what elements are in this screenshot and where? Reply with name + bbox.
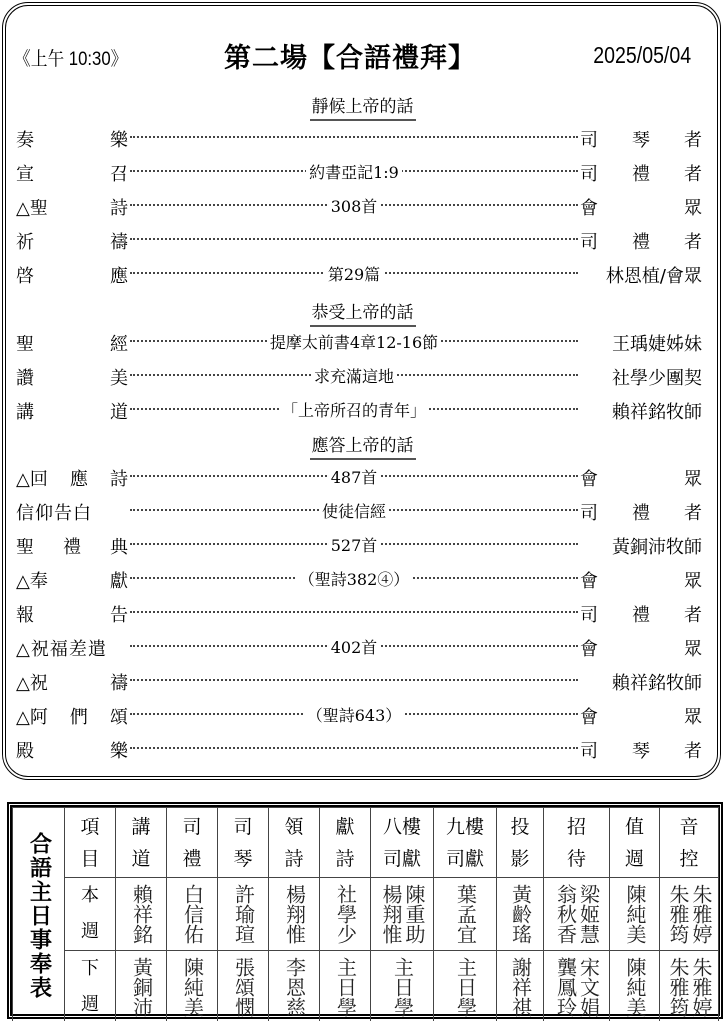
content-text: 使徒信經 (319, 502, 389, 521)
leader-part: 者 (684, 499, 702, 525)
header-line: 獻 (320, 811, 370, 843)
item-label: 報告 (16, 601, 128, 627)
header-line: 音 (660, 811, 718, 843)
program-item: △阿們頌（聖詩643）會眾 (0, 703, 725, 733)
program-item: 讚美求充滿這地社學少團契 (0, 364, 725, 394)
dotted-leader (130, 611, 578, 613)
roster-cell: 梁姬慧翁秋香 (544, 878, 610, 951)
person-name: 陳純美 (624, 884, 645, 944)
person-name: 朱雅婷 (690, 957, 711, 1017)
label-part: 禱 (110, 228, 128, 254)
label-part: △回 (16, 465, 48, 491)
leader-part: 眾 (684, 194, 702, 220)
item-label: 啓應 (16, 262, 128, 288)
person-name: 朱雅筠 (667, 884, 688, 944)
roster-column-header: 招待 (544, 808, 610, 878)
leader-part: 司 (580, 601, 598, 627)
leader-part: 眾 (684, 635, 702, 661)
leader-part: 者 (684, 737, 702, 763)
label-part: △阿 (16, 703, 48, 729)
leader-part: 賴祥銘牧師 (612, 398, 702, 424)
header-line: 九樓 (434, 811, 496, 843)
name-group: 白信佑 (167, 884, 217, 944)
content-text: 「上帝所召的青年」 (279, 401, 429, 420)
week-label-char: 本 (65, 878, 115, 914)
item-content: 402首 (130, 635, 578, 658)
header-line: 項 (65, 811, 115, 843)
item-label: 聖經 (16, 330, 128, 356)
name-group: 張頌憫 (218, 957, 268, 1017)
roster-cell: 社學少 (320, 878, 371, 951)
roster-column-header: 投影 (497, 808, 544, 878)
person-name: 龔鳳玲 (555, 957, 576, 1017)
person-name: 楊翔惟 (380, 884, 401, 944)
roster-cell: 黃齡瑤 (497, 878, 544, 951)
dotted-leader (130, 136, 578, 138)
item-leader: 會眾 (580, 194, 702, 220)
duty-roster: 合語主日事奉表項目講道司禮司琴領詩獻詩八樓司獻九樓司獻投影招待值週音控本週賴祥銘… (7, 802, 723, 1019)
leader-part: 司 (580, 499, 598, 525)
name-group: 主日學 (320, 957, 370, 1017)
program-item: 祈禱司禮者 (0, 228, 725, 258)
item-content: （聖詩382④） (130, 567, 578, 590)
header-line: 目 (65, 843, 115, 875)
leader-part: 者 (684, 228, 702, 254)
header-line: 影 (497, 843, 543, 875)
program-item: 啓應第29篇林恩植/會眾 (0, 262, 725, 292)
item-leader: 司琴者 (580, 737, 702, 763)
leader-part: 黃銅沛牧師 (612, 533, 702, 559)
leader-part: 會 (580, 194, 598, 220)
roster-cell: 主日學 (371, 951, 434, 1021)
item-content: 308首 (130, 194, 578, 217)
name-group: 楊翔惟 (269, 884, 319, 944)
name-group: 李恩慈 (269, 957, 319, 1017)
roster-cell: 陳純美 (610, 951, 660, 1021)
person-name: 宋文娟 (578, 957, 599, 1017)
label-part: △祝 (16, 669, 48, 695)
item-label: △祝禱 (16, 669, 128, 695)
content-text: 308首 (328, 197, 381, 216)
item-content: 使徒信經 (130, 499, 578, 522)
person-name: 陳純美 (624, 957, 645, 1017)
item-leader: 司禮者 (580, 499, 702, 525)
leader-part: 琴 (632, 126, 650, 152)
leader-part: 者 (684, 601, 702, 627)
leader-part: 會 (580, 465, 598, 491)
section-title: 恭受上帝的話 (310, 303, 416, 327)
program-item: △祝福差遣402首會眾 (0, 635, 725, 665)
roster-cell: 李恩慈 (269, 951, 320, 1021)
header-line: 道 (116, 843, 166, 875)
label-part: 詩 (110, 465, 128, 491)
person-name: 謝祥祺 (510, 957, 531, 1017)
leader-part: 禮 (632, 499, 650, 525)
week-label-char: 週 (65, 914, 115, 950)
item-label: △聖詩 (16, 194, 128, 220)
content-text: 提摩太前書4章12-16節 (267, 333, 441, 352)
name-group: 朱雅婷朱雅筠 (660, 957, 718, 1017)
label-part: 應 (110, 262, 128, 288)
roster-column-header: 司琴 (218, 808, 269, 878)
roster-column-header: 值週 (610, 808, 660, 878)
item-content: 求充滿這地 (130, 364, 578, 387)
label-part: 們 (70, 703, 88, 729)
label-part: 獻 (110, 567, 128, 593)
item-content: 487首 (130, 465, 578, 488)
program-item: 信仰告白使徒信經司禮者 (0, 499, 725, 529)
label-part: 詩 (110, 194, 128, 220)
name-group: 社學少 (320, 884, 370, 944)
item-label: 讚美 (16, 364, 128, 390)
leader-part: 司 (580, 160, 598, 186)
person-name: 朱雅筠 (667, 957, 688, 1017)
leader-part: 琴 (632, 737, 650, 763)
leader-part: 禮 (632, 228, 650, 254)
roster-cell: 宋文娟龔鳳玲 (544, 951, 610, 1021)
section-heading: 應答上帝的話 (0, 431, 725, 456)
section-heading: 靜候上帝的話 (0, 92, 725, 117)
item-content: 527首 (130, 533, 578, 556)
label-part: 道 (110, 398, 128, 424)
item-label: 信仰告白 (16, 499, 128, 525)
name-group: 謝祥祺 (497, 957, 543, 1017)
roster-column-header: 司禮 (167, 808, 218, 878)
item-leader: 會眾 (580, 465, 702, 491)
label-part: 告 (110, 601, 128, 627)
name-group: 葉孟宜 (434, 884, 496, 944)
name-group: 陳純美 (167, 957, 217, 1017)
label-part: 聖 (16, 330, 34, 356)
item-leader: 會眾 (580, 703, 702, 729)
name-group: 主日學 (371, 957, 433, 1017)
leader-part: 眾 (684, 703, 702, 729)
program-item: 奏樂司琴者 (0, 126, 725, 156)
roster-cell: 白信佑 (167, 878, 218, 951)
label-part: 信仰告白 (16, 499, 92, 525)
label-part: 啓 (16, 262, 34, 288)
service-title: 第二場【合語禮拜】 (224, 36, 476, 75)
person-name: 許瑜瑄 (233, 884, 254, 944)
name-group: 主日學 (434, 957, 496, 1017)
content-text: 402首 (328, 638, 381, 657)
label-part: △聖 (16, 194, 48, 220)
program-item: 講道「上帝所召的青年」賴祥銘牧師 (0, 398, 725, 428)
program-item: 宣召約書亞記1:9司禮者 (0, 160, 725, 190)
section-title: 應答上帝的話 (310, 436, 416, 460)
leader-part: 林恩植/會眾 (606, 262, 702, 288)
label-part: 美 (110, 364, 128, 390)
leader-part: 司 (580, 126, 598, 152)
program-item: △聖詩308首會眾 (0, 194, 725, 224)
person-name: 翁秋香 (555, 884, 576, 944)
item-label: △回應詩 (16, 465, 128, 491)
program-item: 聖經提摩太前書4章12-16節王瑀婕姊妹 (0, 330, 725, 360)
label-part: 聖 (16, 533, 34, 559)
name-group: 陳純美 (610, 957, 659, 1017)
week-label: 下週 (65, 951, 116, 1021)
item-leader: 會眾 (580, 635, 702, 661)
item-leader: 賴祥銘牧師 (580, 669, 702, 695)
dotted-leader (130, 747, 578, 749)
duty-roster-table: 合語主日事奉表項目講道司禮司琴領詩獻詩八樓司獻九樓司獻投影招待值週音控本週賴祥銘… (12, 807, 719, 1021)
header-line: 控 (660, 843, 718, 875)
leader-part: 會 (580, 567, 598, 593)
header-line: 詩 (320, 843, 370, 875)
item-leader: 社學少團契 (580, 364, 702, 390)
person-name: 主日學 (455, 957, 476, 1017)
header-line: 招 (544, 811, 609, 843)
header-line: 琴 (218, 843, 268, 875)
roster-cell: 黃銅沛 (116, 951, 167, 1021)
roster-cell: 葉孟宜 (434, 878, 497, 951)
header-line: 司 (218, 811, 268, 843)
roster-column-header: 九樓司獻 (434, 808, 497, 878)
leader-part: 眾 (684, 567, 702, 593)
week-label-char: 週 (65, 987, 115, 1021)
roster-cell: 楊翔惟 (269, 878, 320, 951)
item-leader: 會眾 (580, 567, 702, 593)
item-content: 「上帝所召的青年」 (130, 398, 578, 421)
item-leader: 王瑀婕姊妹 (580, 330, 702, 356)
name-group: 賴祥銘 (116, 884, 166, 944)
roster-cell: 主日學 (320, 951, 371, 1021)
label-part: 宣 (16, 160, 34, 186)
item-leader: 司禮者 (580, 228, 702, 254)
dotted-leader (130, 679, 578, 681)
leader-part: 者 (684, 160, 702, 186)
leader-part: 司 (580, 737, 598, 763)
roster-title-cell: 合語主日事奉表 (13, 808, 65, 1021)
name-group: 朱雅婷朱雅筠 (660, 884, 718, 944)
label-part: 典 (110, 533, 128, 559)
roster-cell: 陳重助楊翔惟 (371, 878, 434, 951)
label-part: 報 (16, 601, 34, 627)
content-text: 求充滿這地 (311, 367, 397, 386)
header-line: 八樓 (371, 811, 433, 843)
label-part: 講 (16, 398, 34, 424)
roster-cell: 陳純美 (167, 951, 218, 1021)
header-line: 講 (116, 811, 166, 843)
roster-row-next-week: 下週黃銅沛陳純美張頌憫李恩慈主日學主日學主日學謝祥祺宋文娟龔鳳玲陳純美朱雅婷朱雅… (13, 951, 719, 1021)
person-name: 陳純美 (182, 957, 203, 1017)
leader-part: 禮 (632, 160, 650, 186)
label-part: △祝福差遣 (16, 635, 107, 661)
label-part: 祈 (16, 228, 34, 254)
person-name: 陳重助 (403, 884, 424, 944)
leader-part: 會 (580, 703, 598, 729)
person-name: 黃銅沛 (131, 957, 152, 1017)
person-name: 朱雅婷 (690, 884, 711, 944)
person-name: 黃齡瑤 (510, 884, 531, 944)
label-part: 應 (70, 465, 88, 491)
name-group: 梁姬慧翁秋香 (544, 884, 609, 944)
header-line: 待 (544, 843, 609, 875)
person-name: 葉孟宜 (455, 884, 476, 944)
roster-cell: 主日學 (434, 951, 497, 1021)
header-line: 詩 (269, 843, 319, 875)
week-label-char: 下 (65, 951, 115, 987)
header-line: 領 (269, 811, 319, 843)
label-part: 樂 (110, 126, 128, 152)
content-text: 487首 (328, 468, 381, 487)
content-text: 527首 (328, 536, 381, 555)
item-leader: 林恩植/會眾 (580, 262, 702, 288)
name-group: 宋文娟龔鳳玲 (544, 957, 609, 1017)
roster-column-header: 八樓司獻 (371, 808, 434, 878)
content-text: 第29篇 (325, 265, 383, 284)
leader-part: 者 (684, 126, 702, 152)
label-part: 頌 (110, 703, 128, 729)
program-item: △祝禱賴祥銘牧師 (0, 669, 725, 699)
item-content: （聖詩643） (130, 703, 578, 726)
item-leader: 司琴者 (580, 126, 702, 152)
section-heading: 恭受上帝的話 (0, 298, 725, 323)
name-group: 陳重助楊翔惟 (371, 884, 433, 944)
item-leader: 黃銅沛牧師 (580, 533, 702, 559)
leader-part: 眾 (684, 465, 702, 491)
leader-part: 司 (580, 228, 598, 254)
item-leader: 賴祥銘牧師 (580, 398, 702, 424)
name-group: 黃銅沛 (116, 957, 166, 1017)
content-text: 約書亞記1:9 (306, 163, 402, 182)
leader-part: 社學少團契 (612, 364, 702, 390)
header-line: 禮 (167, 843, 217, 875)
person-name: 李恩慈 (284, 957, 305, 1017)
roster-title: 合語主日事奉表 (28, 832, 50, 1000)
roster-column-header: 音控 (660, 808, 719, 878)
item-content: 第29篇 (130, 262, 578, 285)
roster-column-header: 獻詩 (320, 808, 371, 878)
roster-cell: 朱雅婷朱雅筠 (660, 878, 719, 951)
label-part: 召 (110, 160, 128, 186)
item-leader: 司禮者 (580, 601, 702, 627)
program-item: 報告司禮者 (0, 601, 725, 631)
label-part: △奉 (16, 567, 48, 593)
label-part: 殿 (16, 737, 34, 763)
bulletin-header: 《上午 10:30》 第二場【合語禮拜】 2025/05/04 (0, 36, 725, 76)
roster-column-header: 領詩 (269, 808, 320, 878)
service-date: 2025/05/04 (593, 42, 691, 69)
item-label: △奉獻 (16, 567, 128, 593)
program-item: △奉獻（聖詩382④）會眾 (0, 567, 725, 597)
roster-row-this-week: 本週賴祥銘白信佑許瑜瑄楊翔惟社學少陳重助楊翔惟葉孟宜黃齡瑤梁姬慧翁秋香陳純美朱雅… (13, 878, 719, 951)
person-name: 主日學 (335, 957, 356, 1017)
leader-part: 會 (580, 635, 598, 661)
label-part: 樂 (110, 737, 128, 763)
week-label: 本週 (65, 878, 116, 951)
item-content: 約書亞記1:9 (130, 160, 578, 183)
service-time: 《上午 10:30》 (14, 44, 127, 71)
roster-cell: 許瑜瑄 (218, 878, 269, 951)
leader-part: 禮 (632, 601, 650, 627)
content-text: （聖詩382④） (296, 570, 413, 589)
section-title: 靜候上帝的話 (310, 97, 416, 121)
header-line: 司獻 (371, 843, 433, 875)
leader-part: 王瑀婕姊妹 (612, 330, 702, 356)
person-name: 張頌憫 (233, 957, 254, 1017)
name-group: 黃齡瑤 (497, 884, 543, 944)
item-leader: 司禮者 (580, 160, 702, 186)
person-name: 賴祥銘 (131, 884, 152, 944)
roster-cell: 朱雅婷朱雅筠 (660, 951, 719, 1021)
roster-column-header: 項目 (65, 808, 116, 878)
label-part: 奏 (16, 126, 34, 152)
name-group: 陳純美 (610, 884, 659, 944)
person-name: 社學少 (335, 884, 356, 944)
content-text: （聖詩643） (304, 706, 405, 725)
leader-part: 賴祥銘牧師 (612, 669, 702, 695)
roster-cell: 張頌憫 (218, 951, 269, 1021)
header-line: 投 (497, 811, 543, 843)
program-item: △回應詩487首會眾 (0, 465, 725, 495)
label-part: 經 (110, 330, 128, 356)
label-part: 讚 (16, 364, 34, 390)
person-name: 主日學 (392, 957, 413, 1017)
roster-header-row: 合語主日事奉表項目講道司禮司琴領詩獻詩八樓司獻九樓司獻投影招待值週音控 (13, 808, 719, 878)
roster-cell: 賴祥銘 (116, 878, 167, 951)
item-label: 奏樂 (16, 126, 128, 152)
header-line: 值 (610, 811, 659, 843)
item-label: 講道 (16, 398, 128, 424)
program-item: 殿樂司琴者 (0, 737, 725, 767)
name-group: 許瑜瑄 (218, 884, 268, 944)
header-line: 司 (167, 811, 217, 843)
item-label: △祝福差遣 (16, 635, 128, 661)
label-part: 禱 (110, 669, 128, 695)
roster-cell: 謝祥祺 (497, 951, 544, 1021)
person-name: 楊翔惟 (284, 884, 305, 944)
header-line: 司獻 (434, 843, 496, 875)
dotted-leader (130, 238, 578, 240)
person-name: 白信佑 (182, 884, 203, 944)
item-label: 宣召 (16, 160, 128, 186)
header-line: 週 (610, 843, 659, 875)
item-label: 祈禱 (16, 228, 128, 254)
item-label: 殿樂 (16, 737, 128, 763)
item-content: 提摩太前書4章12-16節 (130, 330, 578, 353)
roster-column-header: 講道 (116, 808, 167, 878)
label-part: 禮 (63, 533, 81, 559)
item-label: △阿們頌 (16, 703, 128, 729)
person-name: 梁姬慧 (578, 884, 599, 944)
item-label: 聖禮典 (16, 533, 128, 559)
roster-cell: 陳純美 (610, 878, 660, 951)
program-item: 聖禮典527首黃銅沛牧師 (0, 533, 725, 563)
